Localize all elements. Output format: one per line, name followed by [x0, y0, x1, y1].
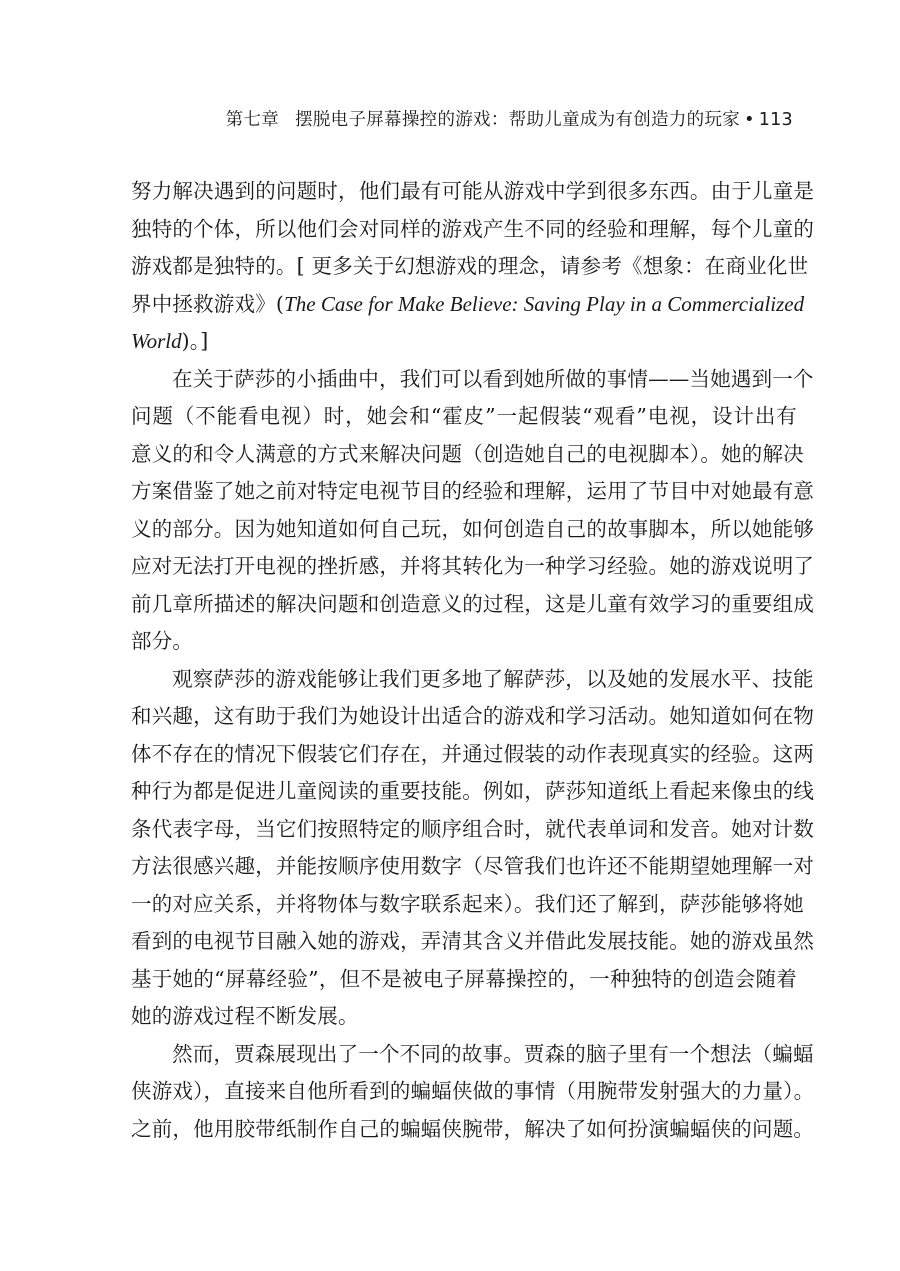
text-line: 在关于萨莎的小插曲中，我们可以看到她所做的事情——当她遇到一个: [131, 361, 797, 399]
book-page: 第七章摆脱电子屏幕操控的游戏：帮助儿童成为有创造力的玩家•113 努力解决遇到的…: [0, 0, 900, 1271]
text-line: 体不存在的情况下假装它们存在，并通过假装的动作表现真实的经验。这两: [131, 736, 797, 774]
text-line: 部分。: [131, 623, 797, 661]
text-line: 和兴趣，这有助于我们为她设计出适合的游戏和学习活动。她知道如何在物: [131, 698, 797, 736]
text-line: 她的游戏过程不断发展。: [131, 998, 797, 1036]
header-separator: •: [744, 110, 755, 130]
text-line: 之前，他用胶带纸制作自己的蝙蝠侠腕带，解决了如何扮演蝙蝠侠的问题。: [131, 1111, 797, 1149]
text-line: 义的部分。因为她知道如何自己玩，如何创造自己的故事脚本，所以她能够: [131, 511, 797, 549]
text-line: 问题（不能看电视）时，她会和“霍皮”一起假装“观看”电视，设计出有: [131, 398, 797, 436]
reference-suffix: )。]: [182, 329, 209, 353]
text-line: 然而，贾森展现出了一个不同的故事。贾森的脑子里有一个想法（蝙蝠: [131, 1036, 797, 1074]
paragraph-1: 努力解决遇到的问题时，他们最有可能从游戏中学到很多东西。由于儿童是 独特的个体，…: [131, 173, 797, 361]
text-line: 侠游戏），直接来自他所看到的蝙蝠侠做的事情（用腕带发射强大的力量）。: [131, 1073, 797, 1111]
text-line: 游戏都是独特的。[ 更多关于幻想游戏的理念，请参考《想象：在商业化世: [131, 248, 797, 286]
paragraph-3: 观察萨莎的游戏能够让我们更多地了解萨莎，以及她的发展水平、技能 和兴趣，这有助于…: [131, 661, 797, 1036]
text-line: 努力解决遇到的问题时，他们最有可能从游戏中学到很多东西。由于儿童是: [131, 173, 797, 211]
text-line: 种行为都是促进儿童阅读的重要技能。例如，萨莎知道纸上看起来像虫的线: [131, 773, 797, 811]
text-line: 看到的电视节目融入她的游戏，弄清其含义并借此发展技能。她的游戏虽然: [131, 923, 797, 961]
english-book-title-end: World: [131, 329, 182, 353]
running-header: 第七章摆脱电子屏幕操控的游戏：帮助儿童成为有创造力的玩家•113: [226, 106, 793, 131]
text-line: 基于她的“屏幕经验”，但不是被电子屏幕操控的，一种独特的创造会随着: [131, 961, 797, 999]
chapter-title: 摆脱电子屏幕操控的游戏：帮助儿童成为有创造力的玩家: [295, 110, 740, 130]
text-line: 应对无法打开电视的挫折感，并将其转化为一种学习经验。她的游戏说明了: [131, 548, 797, 586]
text-line: 条代表字母，当它们按照特定的顺序组合时，就代表单词和发音。她对计数: [131, 811, 797, 849]
text-line: 方案借鉴了她之前对特定电视节目的经验和理解，运用了节目中对她最有意: [131, 473, 797, 511]
english-book-title: The Case for Make Believe: Saving Play i…: [284, 292, 804, 316]
text-line: 前几章所描述的解决问题和创造意义的过程，这是儿童有效学习的重要组成: [131, 586, 797, 624]
body-text: 努力解决遇到的问题时，他们最有可能从游戏中学到很多东西。由于儿童是 独特的个体，…: [131, 173, 797, 1148]
paragraph-2: 在关于萨莎的小插曲中，我们可以看到她所做的事情——当她遇到一个 问题（不能看电视…: [131, 361, 797, 661]
text-line: 独特的个体，所以他们会对同样的游戏产生不同的经验和理解，每个儿童的: [131, 211, 797, 249]
page-number: 113: [759, 110, 793, 130]
chapter-number: 第七章: [226, 110, 279, 130]
paragraph-4: 然而，贾森展现出了一个不同的故事。贾森的脑子里有一个想法（蝙蝠 侠游戏），直接来…: [131, 1036, 797, 1149]
text-line: 界中拯救游戏》(The Case for Make Believe: Savin…: [131, 286, 797, 324]
text-line: 一的对应关系，并将物体与数字联系起来）。我们还了解到，萨莎能够将她: [131, 886, 797, 924]
text-line: World)。]: [131, 323, 797, 361]
text-line: 方法很感兴趣，并能按顺序使用数字（尽管我们也许还不能期望她理解一对: [131, 848, 797, 886]
reference-prefix: 界中拯救游戏》(: [131, 292, 284, 316]
text-line: 意义的和令人满意的方式来解决问题（创造她自己的电视脚本）。她的解决: [131, 436, 797, 474]
text-line: 观察萨莎的游戏能够让我们更多地了解萨莎，以及她的发展水平、技能: [131, 661, 797, 699]
